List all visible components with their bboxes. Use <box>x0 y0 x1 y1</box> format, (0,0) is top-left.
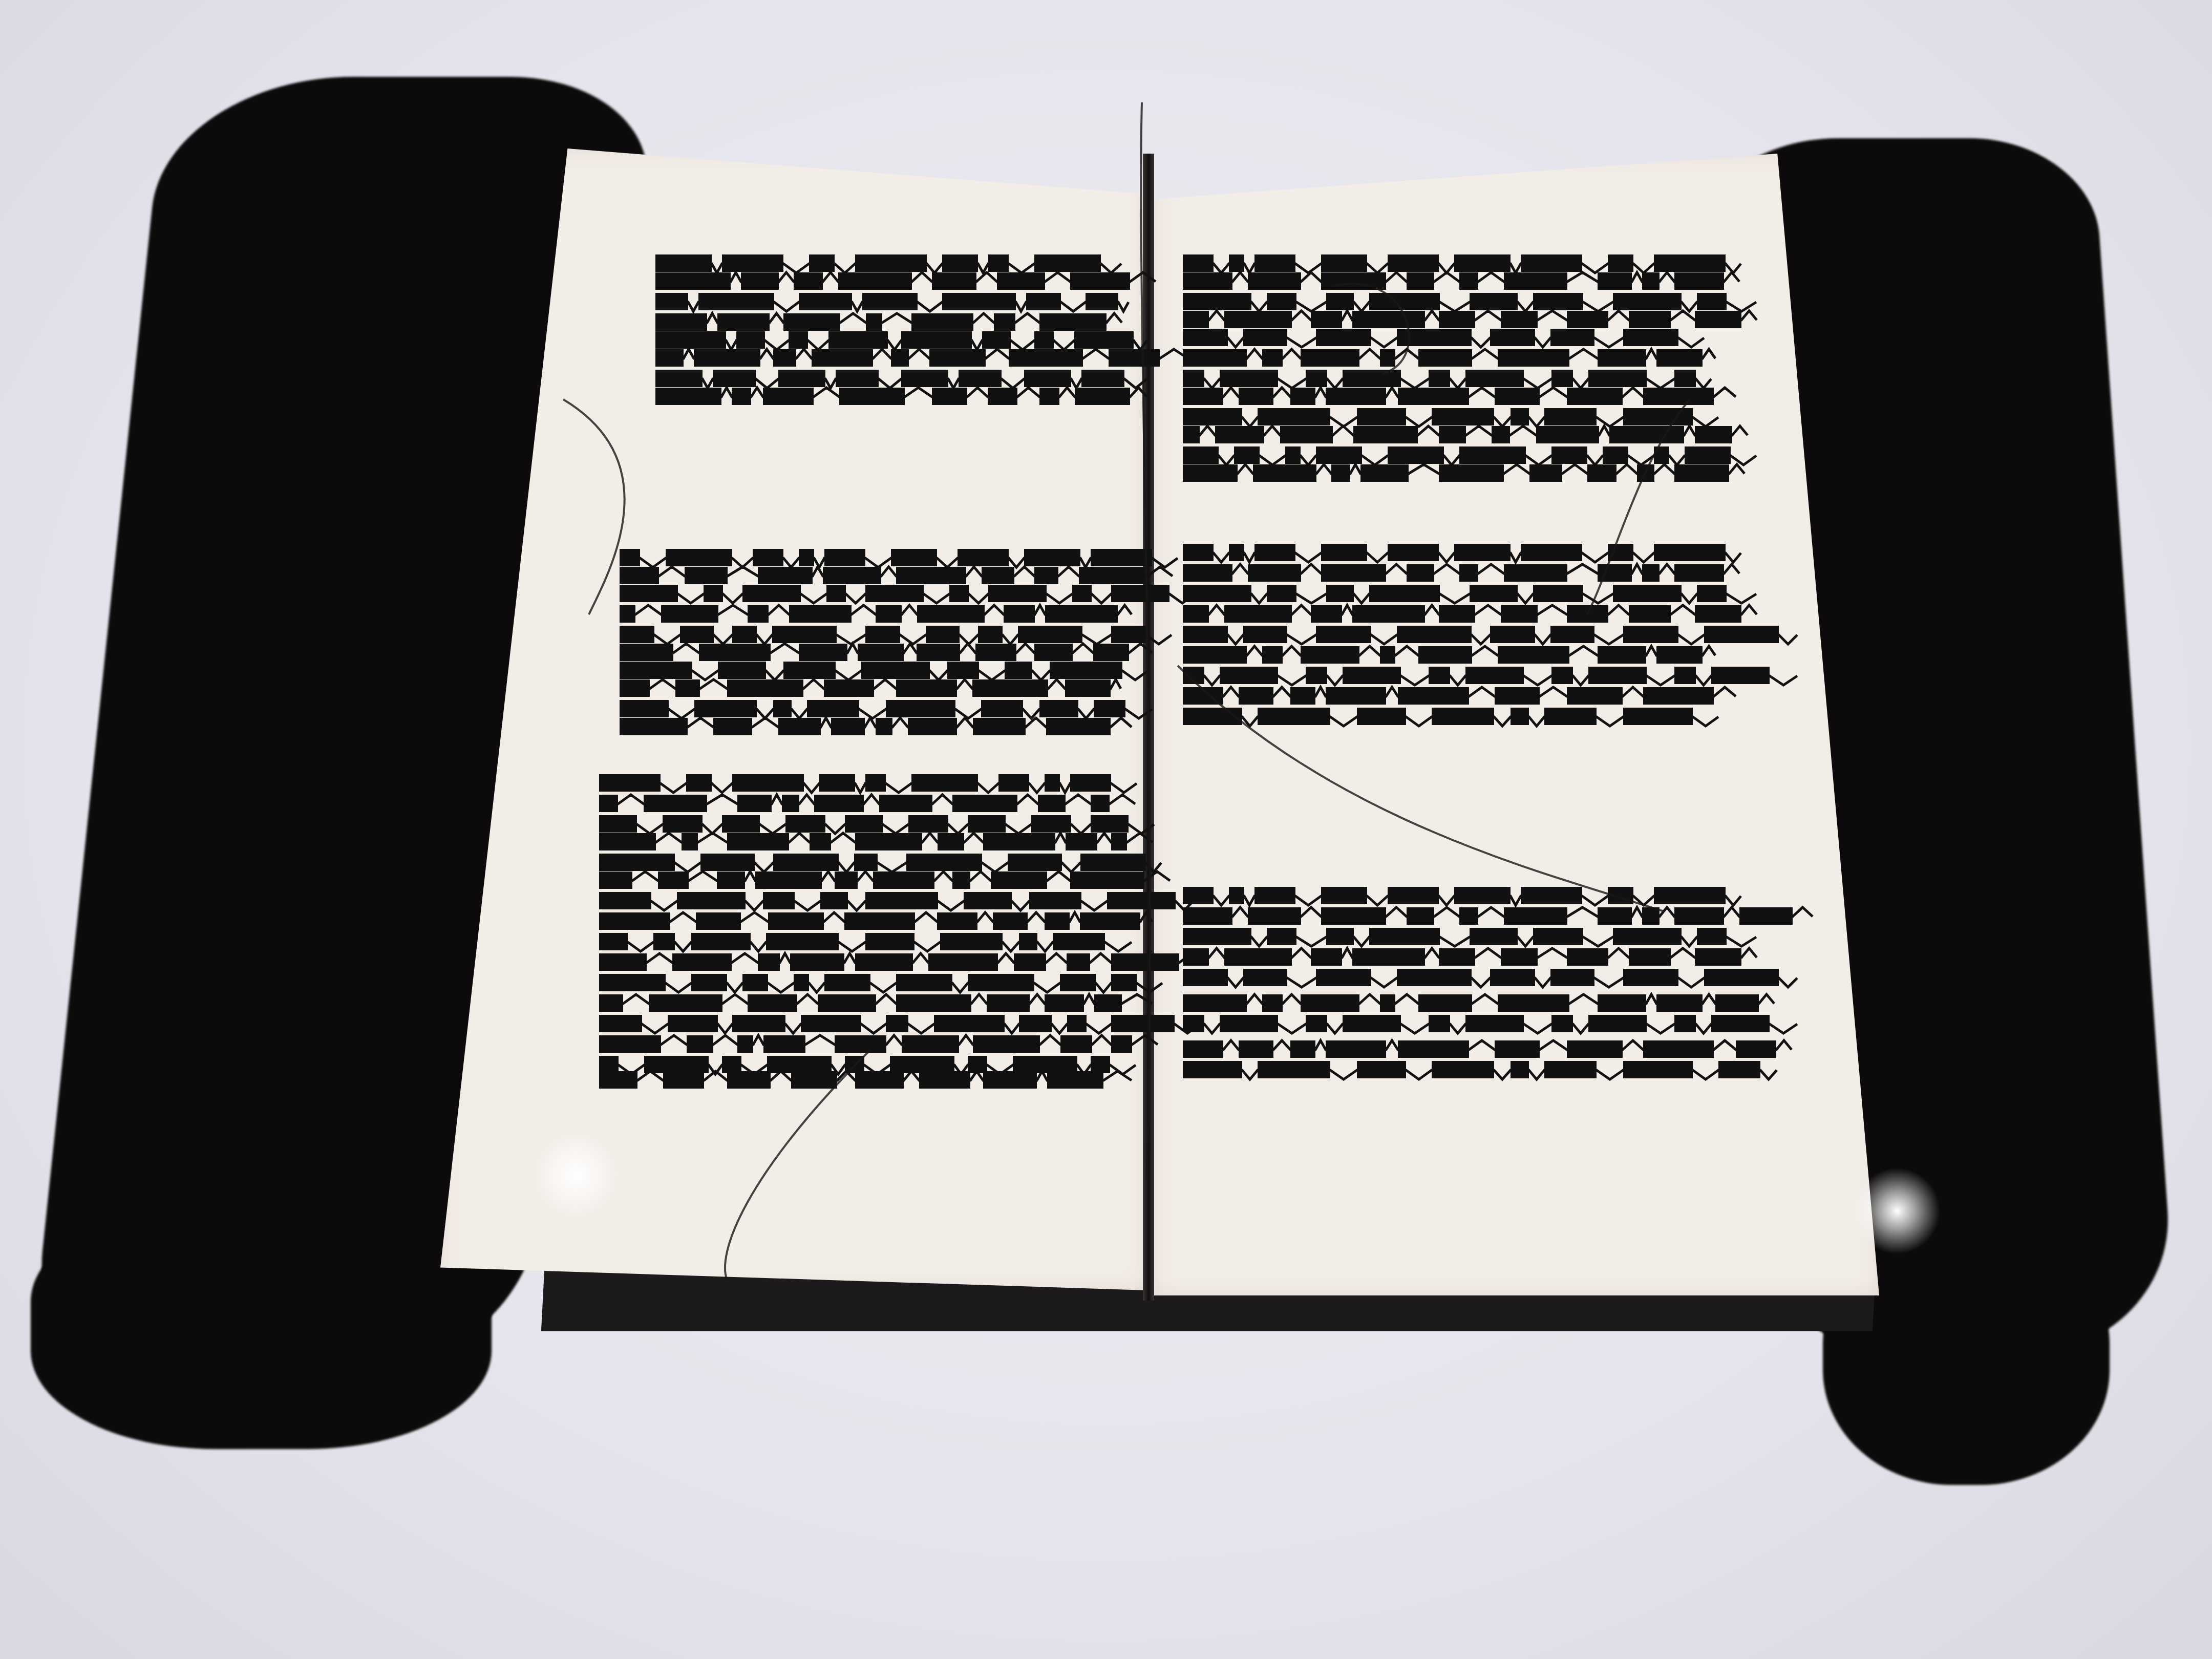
stitched-rows <box>0 0 2212 1659</box>
right-page-stitch-rows <box>1183 254 1813 1079</box>
glass-glare-right <box>1854 1167 1941 1254</box>
left-page-stitch-rows <box>599 254 1205 1089</box>
glass-glare-left <box>533 1132 620 1219</box>
